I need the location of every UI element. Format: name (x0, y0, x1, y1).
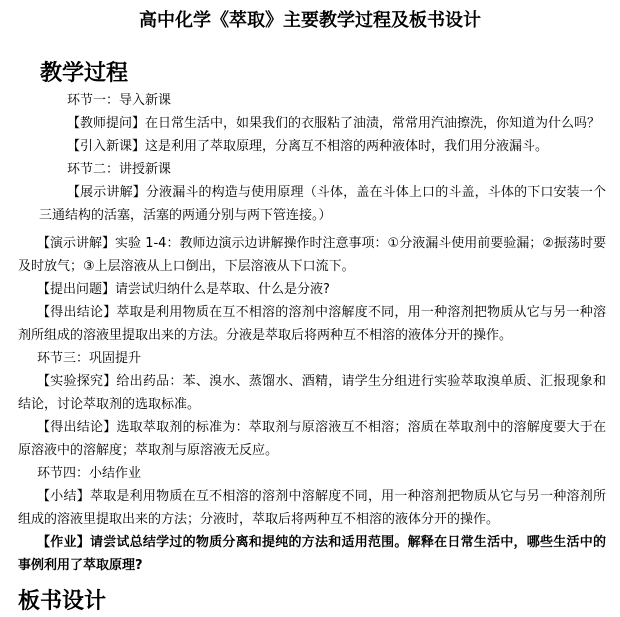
paragraph-homework: 【作业】请尝试总结学过的物质分离和提纯的方法和适用范围。解释在日常生活中，哪些生… (18, 531, 606, 577)
paragraph-raise-question: 【提出问题】请尝试归纳什么是萃取、什么是分液? (18, 278, 606, 301)
paragraph-step-2: 环节二：讲授新课 (39, 158, 606, 181)
paragraph-summary: 【小结】萃取是利用物质在互不相溶的溶剂中溶解度不同，用一种溶剂把物质从它与另一种… (18, 485, 606, 531)
page-title: 高中化学《萃取》主要教学过程及板书设计 (15, 9, 605, 33)
paragraph-step-1: 环节一：导入新课 (39, 89, 606, 112)
paragraph-conclusion-extraction: 【得出结论】萃取是利用物质在互不相溶的溶剂中溶解度不同，用一种溶剂把物质从它与另… (18, 301, 606, 347)
teaching-process-intro-block: 环节一：导入新课 【教师提问】在日常生活中，如果我们的衣服粘了油渍，常常用汽油擦… (39, 89, 606, 227)
paragraph-step-3: 环节三：巩固提升 (18, 347, 606, 370)
section-heading-board-design: 板书设计 (18, 589, 620, 614)
paragraph-demo-experiment: 【演示讲解】实验 1-4：教师边演示边讲解操作时注意事项：①分液漏斗使用前要验漏… (18, 232, 606, 278)
paragraph-teacher-question: 【教师提问】在日常生活中，如果我们的衣服粘了油渍，常常用汽油擦洗，你知道为什么吗… (39, 112, 606, 135)
paragraph-lesson-intro: 【引入新课】这是利用了萃取原理，分离互不相溶的两种液体时，我们用分液漏斗。 (39, 135, 606, 158)
paragraph-conclusion-solvent-criteria: 【得出结论】选取萃取剂的标准为：萃取剂与原溶液互不相溶；溶质在萃取剂中的溶解度要… (18, 416, 606, 462)
section-heading-teaching-process: 教学过程 (40, 61, 620, 86)
teaching-process-main-block: 【演示讲解】实验 1-4：教师边演示边讲解操作时注意事项：①分液漏斗使用前要验漏… (18, 232, 606, 577)
paragraph-demo-explain-funnel: 【展示讲解】分液漏斗的构造与使用原理（斗体，盖在斗体上口的斗盖，斗体的下口安装一… (39, 181, 606, 227)
paragraph-experiment-inquiry: 【实验探究】给出药品：苯、溴水、蒸馏水、酒精，请学生分组进行实验萃取溴单质、汇报… (18, 370, 606, 416)
paragraph-step-4: 环节四：小结作业 (18, 462, 606, 485)
